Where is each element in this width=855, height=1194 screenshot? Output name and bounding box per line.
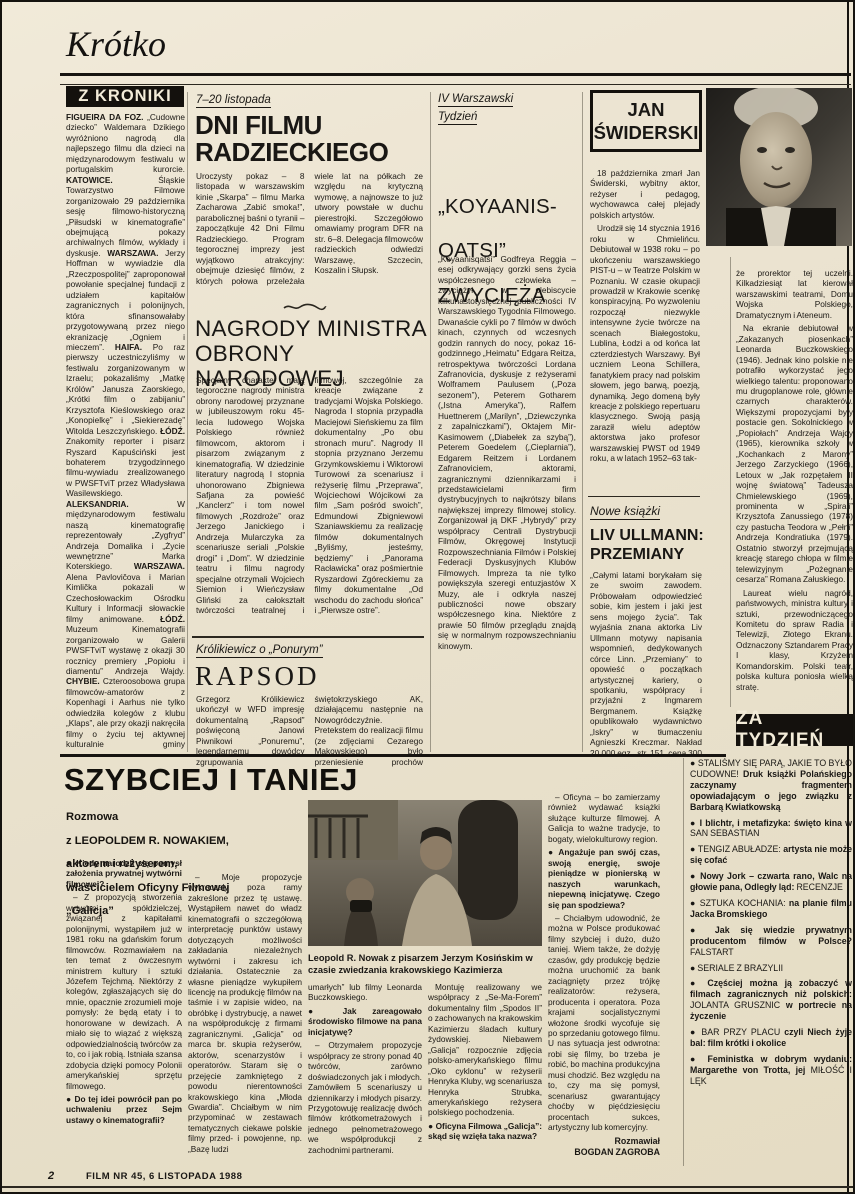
interview-col-a: ● Kiedy narodził się pomysł założenia pr… (66, 858, 182, 1166)
za-tydzien-item: ● SZTUKA KOCHANIA: na planie filmu Jacka… (690, 898, 852, 920)
interview-photo-caption: Leopold R. Nowak z pisarzem Jerzym Kosiń… (308, 952, 544, 976)
za-tydzien-item: ● SERIALE Z BRAZYLII (690, 963, 852, 974)
za-tydzien-item: ● Częściej można ją zobaczyć w filmach z… (690, 978, 852, 1022)
column-rule-1 (187, 92, 188, 752)
newspaper-page: Krótko Z KRONIKI FIGUEIRA DA FOZ. „Cudow… (0, 0, 855, 1194)
interview-photo (308, 800, 542, 946)
column-rule-4 (730, 257, 731, 707)
paragraph: Montuję realizowany we współpracy z „Se-… (428, 982, 542, 1118)
koyaanis-kicker: IV Warszawski Tydzień (438, 92, 570, 125)
za-tydzien-item: ● Nowy Jork – czwarta rano, Walc na głow… (690, 871, 852, 893)
paragraph: ● Jak zareagowało środowisko filmowe na … (308, 1006, 422, 1037)
za-tydzien-list: ● STALIŚMY SIĘ PARĄ, JAKIE TO BYŁO CUDOW… (690, 758, 852, 1166)
paragraph: Laureat wielu nagród, państwowych, minis… (736, 588, 853, 693)
ullmann-title: LIV ULLMANN: PRZEMIANY (590, 526, 710, 564)
koyaanis-kicker-line2: Tydzień (438, 111, 477, 125)
paragraph: – Otrzymałem propozycje współpracy ze st… (308, 1040, 422, 1155)
column-rule-5 (683, 758, 684, 1166)
nagrody-body: Specjalny charakter mają tegoroczne nagr… (196, 375, 423, 619)
paragraph: „KOYAANIS- (438, 195, 576, 219)
masthead-rule-thin (60, 84, 851, 85)
footer-issue: FILM NR 45, 6 LISTOPADA 1988 (86, 1171, 242, 1182)
ullmann-kicker: Nowe książki (590, 504, 660, 520)
paragraph: z LEOPOLDEM R. NOWAKIEM, (66, 835, 346, 847)
dni-body: Uroczysty pokaz – 8 listopada w warszaws… (196, 171, 423, 289)
ullmann-title-line1: LIV ULLMANN: (590, 526, 710, 545)
swiderski-col2: że prorektor tej uczelni. Kilkadziesiąt … (736, 268, 853, 706)
interviewer-name: BOGDAN ZAGROBA (548, 1147, 660, 1158)
interview-col-d: Montuję realizowany we współpracy z „Se-… (428, 982, 542, 1166)
paragraph: 18 października zmarł Jan Świderski, wyb… (590, 168, 700, 220)
za-tydzien-header: ZA TYDZIEŃ (736, 714, 853, 746)
interviewer-label: Rozmawiał (548, 1136, 660, 1147)
ullmann-title-line2: PRZEMIANY (590, 545, 710, 564)
swiderski-col1: 18 października zmarł Jan Świderski, wyb… (590, 168, 700, 490)
paragraph: umarłych” lub filmy Leonarda Buczkowskie… (308, 982, 422, 1003)
rapsod-title: RAPSOD (195, 661, 320, 692)
swiderski-title-line1: JAN (593, 98, 699, 121)
paragraph: – Oficyna – bo zamierzamy również wydawa… (548, 792, 660, 844)
rapsod-kicker-text: Królikiewicz o „Ponurym” (196, 644, 323, 658)
kronika-header: Z KRONIKI (66, 86, 184, 107)
paragraph: ● Do tej idei powrócił pan po uchwaleniu… (66, 1094, 182, 1125)
za-tydzien-item: ● BAR PRZY PLACU czyli Niech żyje bal: f… (690, 1027, 852, 1049)
interview-col-e: – Oficyna – bo zamierzamy również wydawa… (548, 792, 660, 1168)
ullmann-rule (588, 496, 700, 497)
interview-col-b: – Moje propozycje wykraczały poza ramy z… (188, 872, 302, 1166)
rapsod-rule (192, 636, 424, 638)
paragraph: – Moje propozycje wykraczały poza ramy z… (188, 872, 302, 1154)
paragraph: ● Oficyna Filmowa „Galicja”: skąd się wz… (428, 1121, 542, 1142)
paragraph: Urodził się 14 stycznia 1916 roku w Chmi… (590, 223, 700, 463)
swiderski-photo (706, 88, 852, 246)
kronika-body: FIGUEIRA DA FOZ. „Cudowne dziecko” Walde… (66, 112, 185, 752)
paragraph: Rozmowa (66, 811, 346, 823)
squiggle-divider (282, 302, 328, 312)
interview-col-e-paras: – Oficyna – bo zamierzamy również wydawa… (548, 792, 660, 1133)
dni-title-line1: DNI FILMU (195, 112, 425, 139)
paragraph: ● Angażuje pan swój czas, swoją energię,… (548, 847, 660, 910)
za-tydzien-item: ● Jak się wiedzie prywatnym producentom … (690, 925, 852, 958)
dni-kicker: 7–20 listopada (196, 93, 271, 108)
swiderski-title-line2: ŚWIDERSKI (593, 121, 699, 144)
za-tydzien-item: ● STALIŚMY SIĘ PARĄ, JAKIE TO BYŁO CUDOW… (690, 758, 852, 813)
column-rule-2 (430, 92, 431, 752)
koyaanis-kicker-line1: IV Warszawski (438, 93, 513, 107)
paragraph: Na ekranie debiutował w „Zakazanych pios… (736, 323, 853, 584)
page-number: 2 (48, 1170, 55, 1182)
za-tydzien-item: ● I blichtr, i metafizyka: święto kina w… (690, 818, 852, 840)
paragraph: ● Kiedy narodził się pomysł założenia pr… (66, 858, 182, 889)
dni-title-line2: RADZIECKIEGO (195, 139, 425, 166)
paragraph: – Z propozycją stworzenia wytwórni spółd… (66, 892, 182, 1091)
paragraph: że prorektor tej uczelni. Kilkadziesiąt … (736, 268, 853, 320)
dni-kicker-text: 7–20 listopada (196, 94, 271, 108)
interview-col-c: umarłych” lub filmy Leonarda Buczkowskie… (308, 982, 422, 1166)
footer-rule (2, 1186, 855, 1188)
page-title: Krótko (66, 26, 166, 62)
dni-title: DNI FILMU RADZIECKIEGO (195, 112, 425, 165)
za-tydzien-item: ● TENGIZ ABUŁADZE: artysta nie może się … (690, 844, 852, 866)
rapsod-kicker: Królikiewicz o „Ponurym” (196, 643, 323, 658)
ullmann-kicker-text: Nowe książki (590, 504, 660, 520)
nagrody-title-line1: NAGRODY MINISTRA (195, 316, 430, 341)
interview-title: SZYBCIEJ I TANIEJ (64, 762, 358, 798)
masthead-rule-thick (60, 73, 851, 76)
swiderski-title-box: JAN ŚWIDERSKI (590, 90, 702, 152)
paragraph: – Chciałbym udowodnić, że można w Polsce… (548, 913, 660, 1133)
koyaanis-body: „Koyaanisqatsi” Godfreya Reggia – esej o… (438, 254, 576, 766)
interview-rule (60, 754, 726, 757)
ullmann-body: „Całymi latami borykałam się ze swoim za… (590, 570, 702, 756)
column-rule-3 (582, 92, 583, 752)
za-tydzien-item: ● Feministka w dobrym wydaniu: Margareth… (690, 1054, 852, 1087)
